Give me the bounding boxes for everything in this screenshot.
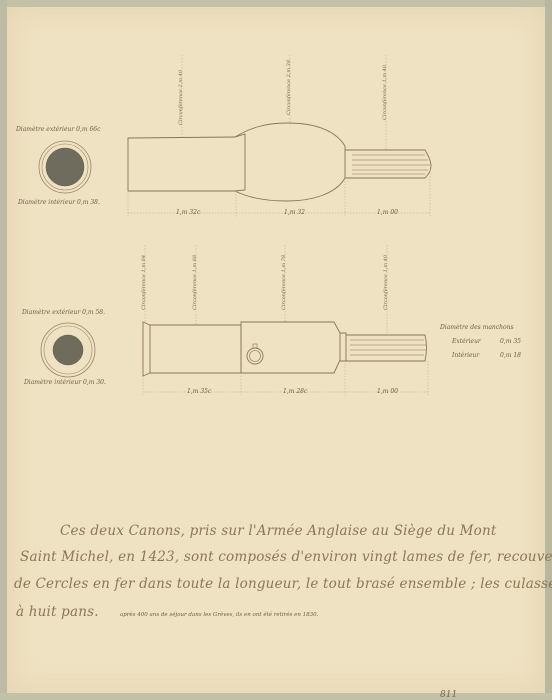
cannon-1-length-2: 1,m 32 [284, 209, 305, 216]
cannon-1-length-1: 1,m 32c [176, 209, 200, 216]
caption-line-2: Saint Michel, en 1423, sont composés d'e… [20, 549, 552, 565]
tenon-note-interior-value: 0,m 18 [500, 352, 521, 359]
cannon-2-profile [143, 322, 427, 376]
inventory-mark: 811 [440, 690, 457, 700]
cannon-1-interior-diameter: Diamètre intérieur 0,m 38. [18, 199, 100, 206]
tenon-note-exterior-value: 0,m 35 [500, 338, 521, 345]
cannon-1-circumference-2: Circonférence 2,m 38 [286, 60, 292, 115]
tenon-note-exterior-label: Extérieur [452, 338, 481, 345]
tenon-note-interior-label: Intérieur [452, 352, 479, 359]
cannon-2-exterior-diameter: Diamètre extérieur 0,m 58. [22, 309, 105, 316]
tenon-note-title: Diamètre des manchons [440, 324, 514, 331]
caption-line-1: Ces deux Canons, pris sur l'Armée Anglai… [60, 523, 496, 539]
cannon-2-length-3: 1,m 00 [377, 388, 398, 395]
cannon-2-cross-section [41, 323, 95, 377]
caption-footnote: après 400 ans de séjour dans les Grèves,… [120, 612, 318, 618]
cannon-1-length-3: 1,m 00 [377, 209, 398, 216]
cannon-2-circumference-2: Circonférence 1,m 68 [192, 255, 198, 310]
cannon-1-circumference-3: Circonférence 1,m 40 [382, 65, 388, 120]
technical-drawing [0, 0, 552, 700]
cannon-2-circumference-1: Circonférence 1,m 84 [141, 255, 147, 310]
cannon-1-cross-section [39, 141, 91, 193]
caption-line-4: à huit pans. [16, 604, 99, 620]
cannon-1-circumference-1: Circonférence 2,m 40 [178, 70, 184, 125]
cannon-2-length-2: 1,m 28c [283, 388, 307, 395]
cannon-2-circumference-3: Circonférence 1,m 78 [281, 255, 287, 310]
cannon-2-circumference-4: Circonférence 1,m 40 [383, 255, 389, 310]
cannon-1-exterior-diameter: Diamètre extérieur 0,m 66c [16, 126, 100, 133]
cannon-1-profile [128, 123, 431, 201]
cannon-2-interior-diameter: Diamètre intérieur 0,m 30. [24, 379, 106, 386]
cannon-2-length-1: 1,m 35c [187, 388, 211, 395]
caption-line-3: de Cercles en fer dans toute la longueur… [14, 576, 552, 592]
